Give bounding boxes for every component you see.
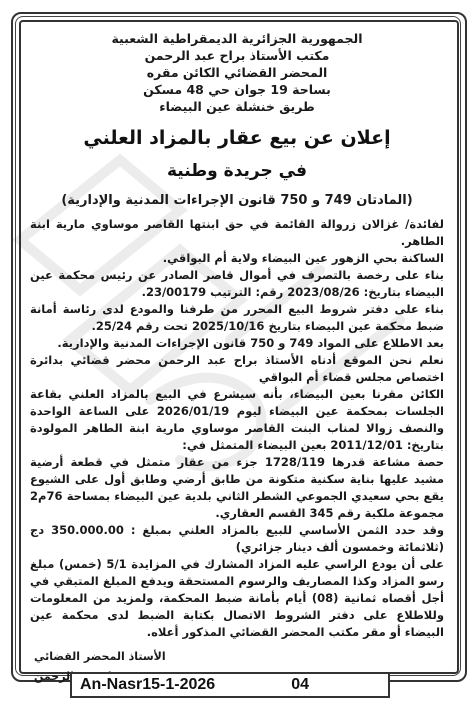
page-number: 04	[291, 676, 309, 694]
header-line-road: طريق خنشلة عين البيضاء	[30, 98, 444, 115]
footer-reference-box: An-Nasr15-1-2026 04	[70, 672, 390, 698]
body-paragraph: بناء على دفتر شروط البيع المحرر من طرفنا…	[30, 301, 444, 335]
legal-articles: (المادتان 749 و 750 قانون الإجراءات المد…	[30, 193, 444, 208]
body-paragraph: بعد الاطلاع على المواد 749 و 750 قانون ا…	[30, 335, 444, 352]
body-paragraph: لفائدة/ غزالان زروالة القائمة في حق ابنت…	[30, 216, 444, 250]
body-paragraph: بناء على رخصة بالتصرف في أموال قاصر الصا…	[30, 267, 444, 301]
header-line-bailiff: المحضر القضائي الكائن مقره	[30, 64, 444, 81]
body-paragraph: نعلم نحن الموقع أدناه الأستاذ براح عبد ا…	[30, 352, 444, 386]
notice-subtitle: في جريدة وطنية	[30, 161, 444, 181]
body-paragraph: على أن يودع الراسي عليه المزاد المشارك ف…	[30, 556, 444, 641]
publication-reference: An-Nasr15-1-2026	[80, 676, 215, 694]
signature-title: الأستاذ المحضر القضائي	[34, 647, 444, 667]
body-paragraph: وقد حدد الثمن الأساسي للبيع بالمزاد العل…	[30, 522, 444, 556]
header-line-republic: الجمهورية الجزائرية الديمقراطية الشعبية	[30, 30, 444, 47]
body-paragraph: الساكنة بحي الزهور عين البيضاء ولاية أم …	[30, 250, 444, 267]
notice-body: لفائدة/ غزالان زروالة القائمة في حق ابنت…	[30, 216, 444, 641]
notice-content: الجمهورية الجزائرية الديمقراطية الشعبية …	[30, 30, 444, 687]
office-header: الجمهورية الجزائرية الديمقراطية الشعبية …	[30, 30, 444, 115]
header-line-address: بساحة 19 جوان حي 48 مسكن	[30, 81, 444, 98]
notice-title: إعلان عن بيع عقار بالمزاد العلني	[30, 127, 444, 149]
body-paragraph: حصة مشاعة قدرها 1728/119 جزء من عقار متم…	[30, 454, 444, 522]
header-line-office: مكتب الأستاذ براح عبد الرحمن	[30, 47, 444, 64]
body-paragraph: الكائن مقرنا بعين البيضاء، بأنه سيشرع في…	[30, 386, 444, 454]
